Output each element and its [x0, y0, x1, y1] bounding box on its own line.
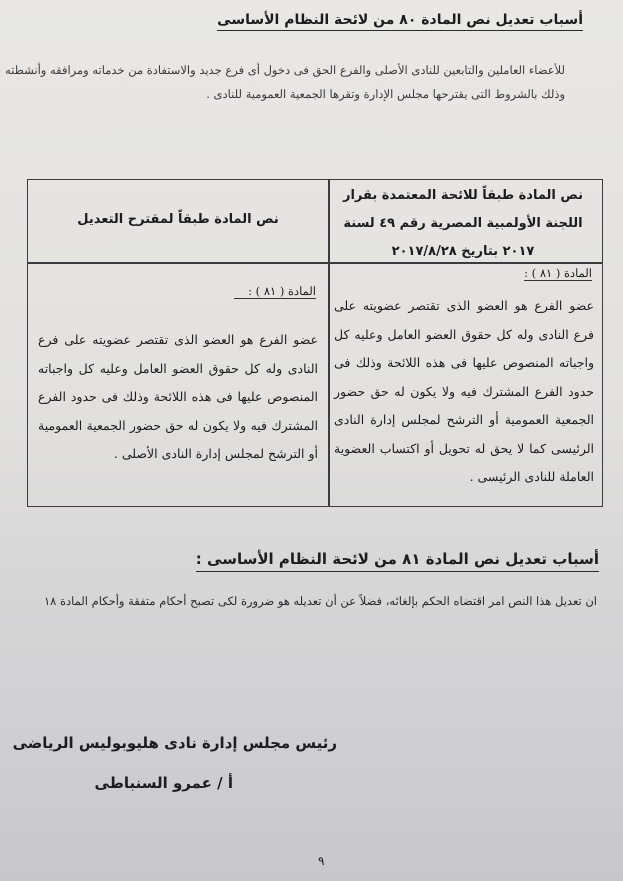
section-heading-article-81: أسباب تعديل نص المادة ٨١ من لائحة النظام… — [196, 550, 599, 572]
column-divider — [328, 180, 330, 506]
section-heading-article-80: أسباب تعديل نص المادة ٨٠ من لائحة النظام… — [217, 12, 583, 31]
column-header-proposed: نص المادة طبقاً لمقترح التعديل — [38, 206, 318, 234]
page-number: ٩ — [318, 854, 324, 868]
signature-name: أ / عمرو السنباطى — [95, 774, 233, 792]
document-page: أسباب تعديل نص المادة ٨٠ من لائحة النظام… — [0, 0, 623, 881]
article-text-approved: عضو الفرع هو العضو الذى تقتصر عضويته على… — [334, 292, 594, 492]
comparison-table: نص المادة طبقاً للائحة المعتمدة بقرار ال… — [27, 179, 603, 507]
column-header-approved: نص المادة طبقاً للائحة المعتمدة بقرار ال… — [332, 182, 594, 266]
article-text-proposed: عضو الفرع هو العضو الذى تقتصر عضويته على… — [38, 326, 318, 469]
article-80-paragraph: للأعضاء العاملين والتابعين للنادى الأصلى… — [5, 58, 565, 106]
signature-title: رئيس مجلس إدارة نادى هليوبوليس الرياضى — [13, 734, 337, 752]
article-label-proposed: المادة ( ٨١ ) : — [234, 284, 316, 299]
article-label-approved: المادة ( ٨١ ) : — [524, 266, 592, 281]
article-81-paragraph: ان تعديل هذا النص امر اقتضاه الحكم بإلغا… — [7, 594, 597, 608]
